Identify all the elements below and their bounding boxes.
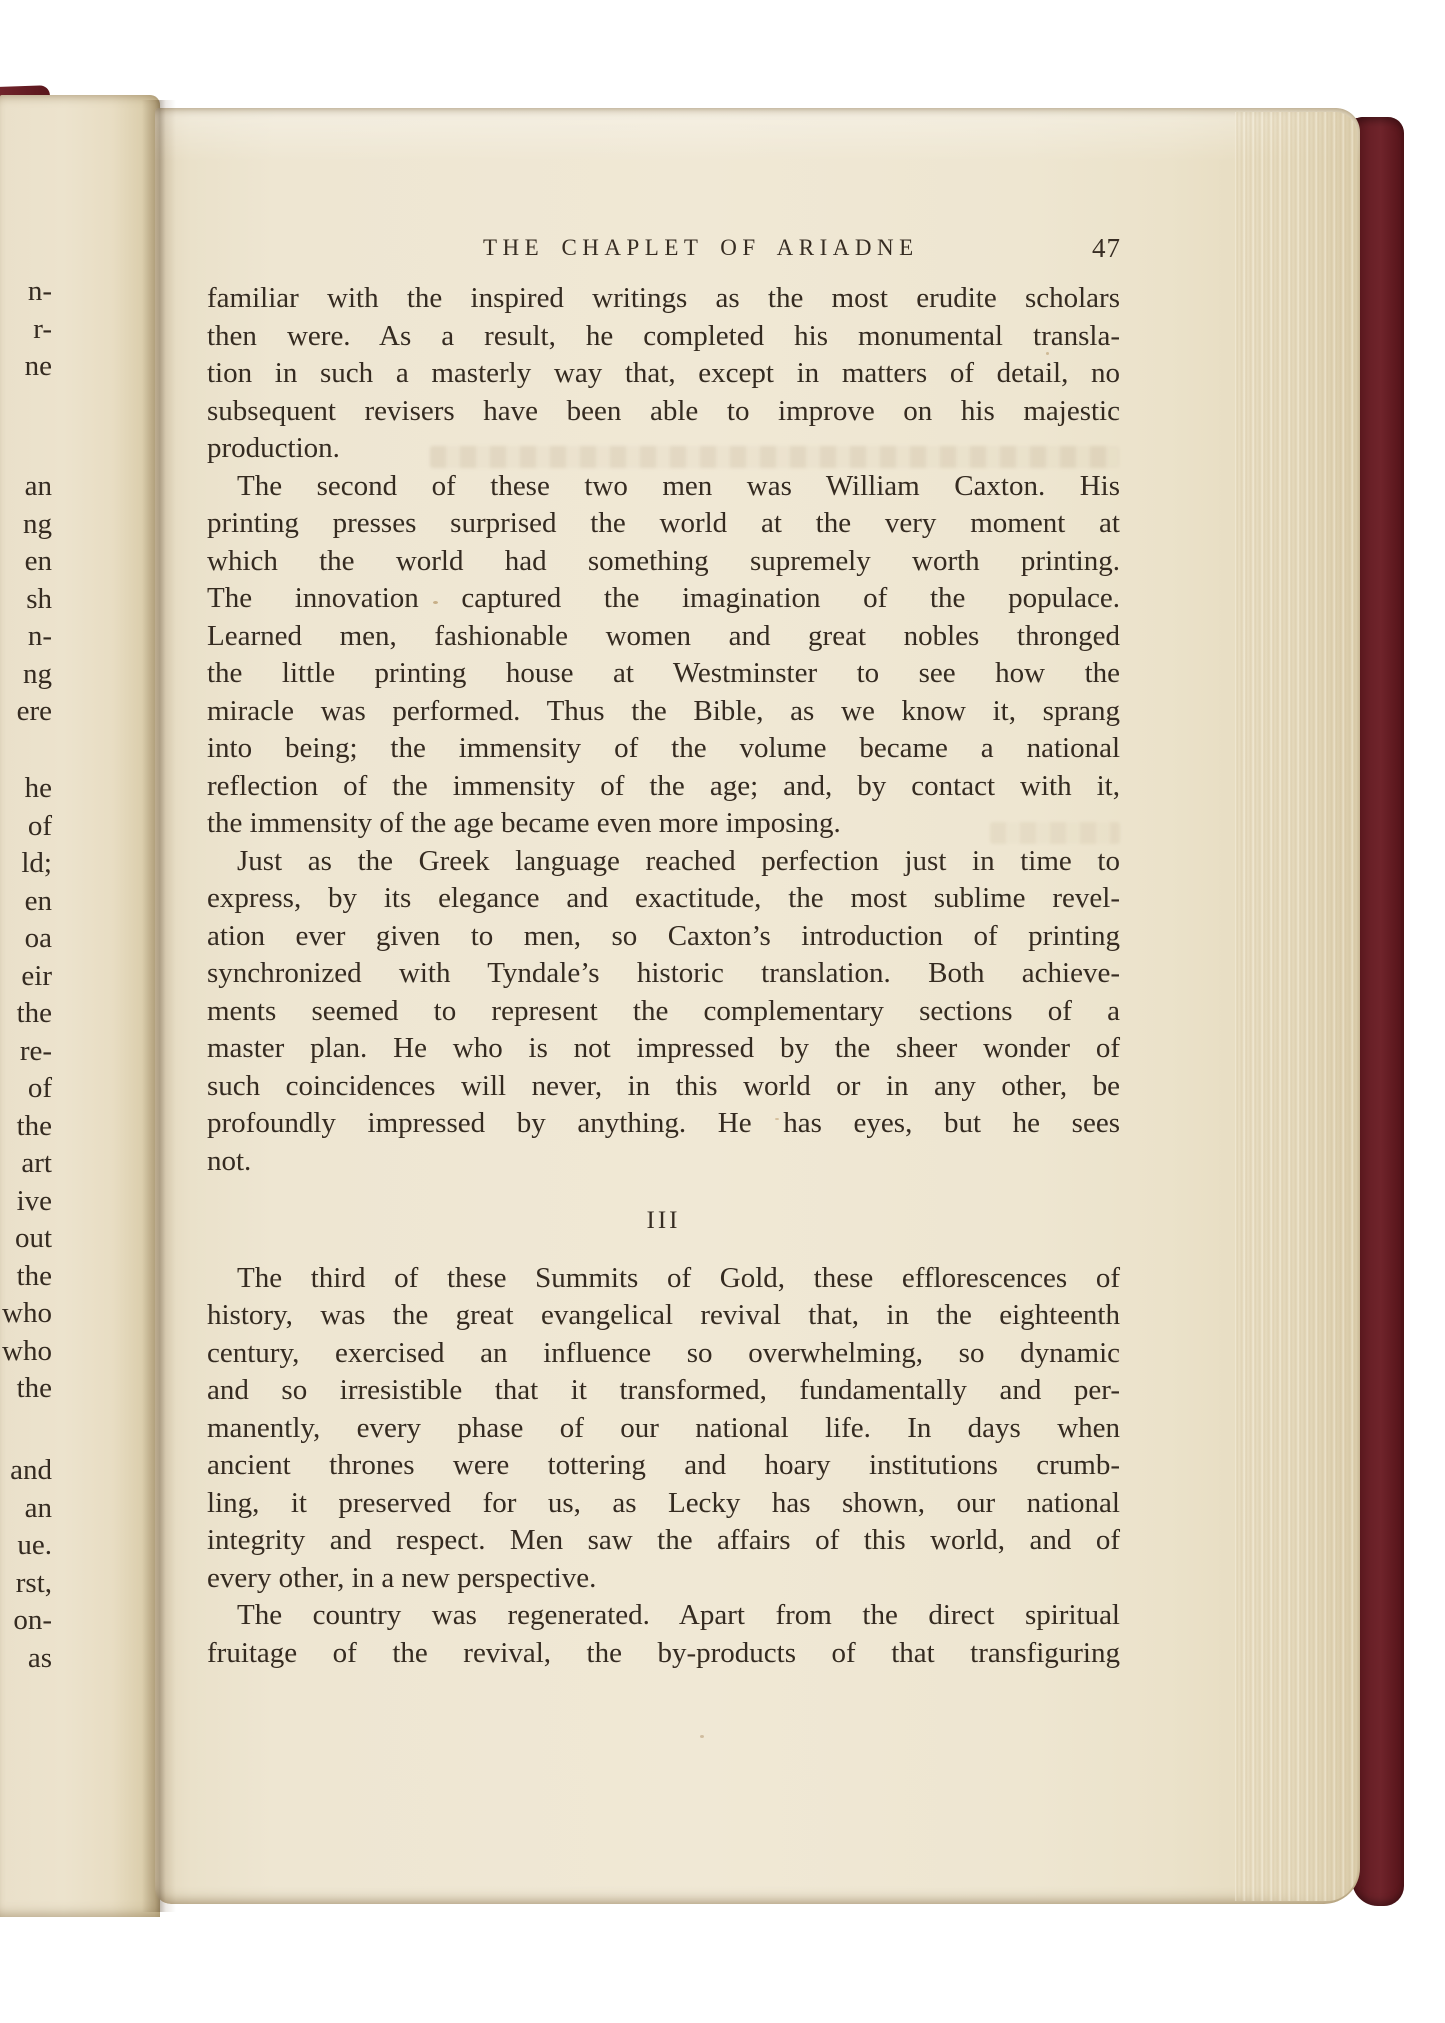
fragment-block: n-r-ne — [0, 273, 52, 386]
text-line: the little printing house at Westminster… — [207, 655, 1120, 693]
text-line: every other, in a new perspective. — [207, 1560, 1120, 1598]
fragment-block: heofld;enoaeirthere-oftheartiveoutthewho… — [0, 770, 52, 1408]
text-line: Just as the Greek language reached perfe… — [207, 843, 1120, 881]
text-fragment: r- — [0, 311, 52, 349]
fragment-block: anngenshn-ngere — [0, 468, 52, 731]
text-line: manently, every phase of our national li… — [207, 1410, 1120, 1448]
text-fragment: ue. — [0, 1527, 52, 1565]
text-line: fruitage of the revival, the by-products… — [207, 1635, 1120, 1673]
text-line: integrity and respect. Men saw the affai… — [207, 1522, 1120, 1560]
text-line: Learned men, fashionable women and great… — [207, 618, 1120, 656]
text-line: familiar with the inspired writings as t… — [207, 280, 1120, 318]
section-heading: III — [207, 1202, 1120, 1240]
text-fragment: an — [0, 1490, 52, 1528]
right-page: THE CHAPLET OF ARIADNE 47 familiar with … — [155, 108, 1360, 1904]
page-body-text: familiar with the inspired writings as t… — [207, 280, 1120, 1672]
text-line: profoundly impressed by anything. He has… — [207, 1105, 1120, 1143]
text-line: ation ever given to men, so Caxton’s int… — [207, 918, 1120, 956]
text-fragment: of — [0, 1070, 52, 1108]
text-line: express, by its elegance and exactitude,… — [207, 880, 1120, 918]
text-line: such coincidences will never, in this wo… — [207, 1068, 1120, 1106]
text-line: ling, it preserved for us, as Lecky has … — [207, 1485, 1120, 1523]
text-fragment: sh — [0, 581, 52, 619]
paper-speck — [700, 1735, 704, 1738]
text-line: master plan. He who is not impressed by … — [207, 1030, 1120, 1068]
text-fragment: the — [0, 995, 52, 1033]
text-fragment: ere — [0, 693, 52, 731]
text-fragment: ng — [0, 656, 52, 694]
paragraph: The third of these Summits of Gold, thes… — [207, 1260, 1120, 1598]
text-fragment: ive — [0, 1183, 52, 1221]
text-fragment: rst, — [0, 1565, 52, 1603]
text-fragment: the — [0, 1370, 52, 1408]
paragraph: The country was regenerated. Apart from … — [207, 1597, 1120, 1672]
text-line: reflection of the immensity of the age; … — [207, 768, 1120, 806]
text-fragment: who — [0, 1295, 52, 1333]
text-line: The innovation captured the imagination … — [207, 580, 1120, 618]
text-line: The third of these Summits of Gold, thes… — [207, 1260, 1120, 1298]
text-line: ments seemed to represent the complement… — [207, 993, 1120, 1031]
text-line: The country was regenerated. Apart from … — [207, 1597, 1120, 1635]
text-fragment: the — [0, 1108, 52, 1146]
text-fragment: he — [0, 770, 52, 808]
text-fragment: ng — [0, 506, 52, 544]
text-fragment: eir — [0, 958, 52, 996]
text-fragment: re- — [0, 1033, 52, 1071]
text-line: the immensity of the age became even mor… — [207, 805, 1120, 843]
text-fragment: ne — [0, 348, 52, 386]
left-page: n-r-neanngenshn-ngereheofld;enoaeirthere… — [0, 95, 160, 1917]
text-fragment: on- — [0, 1602, 52, 1640]
text-line: subsequent revisers have been able to im… — [207, 393, 1120, 431]
text-fragment: ld; — [0, 845, 52, 883]
text-line: The second of these two men was William … — [207, 468, 1120, 506]
text-line: printing presses surprised the world at … — [207, 505, 1120, 543]
running-title: THE CHAPLET OF ARIADNE — [483, 235, 919, 261]
text-line: history, was the great evangelical reviv… — [207, 1297, 1120, 1335]
text-fragment: the — [0, 1258, 52, 1296]
text-fragment: n- — [0, 273, 52, 311]
text-fragment: an — [0, 468, 52, 506]
text-line: miracle was performed. Thus the Bible, a… — [207, 693, 1120, 731]
text-line: tion in such a masterly way that, except… — [207, 355, 1120, 393]
text-fragment: as — [0, 1640, 52, 1678]
fragment-block: andanue.rst,on-as — [0, 1452, 52, 1677]
text-line: ancient thrones were tottering and hoary… — [207, 1447, 1120, 1485]
text-fragment: of — [0, 808, 52, 846]
text-line: not. — [207, 1143, 1120, 1181]
text-fragment: en — [0, 883, 52, 921]
text-line: synchronized with Tyndale’s historic tra… — [207, 955, 1120, 993]
text-fragment: and — [0, 1452, 52, 1490]
paragraph: familiar with the inspired writings as t… — [207, 280, 1120, 468]
photo-background: { "book": { "cover_color": "#631c22", "p… — [0, 0, 1445, 2023]
paragraph: The second of these two men was William … — [207, 468, 1120, 843]
text-fragment: who — [0, 1333, 52, 1371]
text-line: which the world had something supremely … — [207, 543, 1120, 581]
book-gutter-shadow — [142, 100, 176, 1912]
text-line: then were. As a result, he completed his… — [207, 318, 1120, 356]
text-line: century, exercised an influence so overw… — [207, 1335, 1120, 1373]
text-fragment: en — [0, 543, 52, 581]
page-number: 47 — [1092, 233, 1121, 264]
text-line: and so irresistible that it transformed,… — [207, 1372, 1120, 1410]
text-fragment: n- — [0, 618, 52, 656]
text-line: into being; the immensity of the volume … — [207, 730, 1120, 768]
text-fragment: art — [0, 1145, 52, 1183]
text-fragment: oa — [0, 920, 52, 958]
text-line: production. — [207, 430, 1120, 468]
paragraph: Just as the Greek language reached perfe… — [207, 843, 1120, 1181]
text-fragment: out — [0, 1220, 52, 1258]
